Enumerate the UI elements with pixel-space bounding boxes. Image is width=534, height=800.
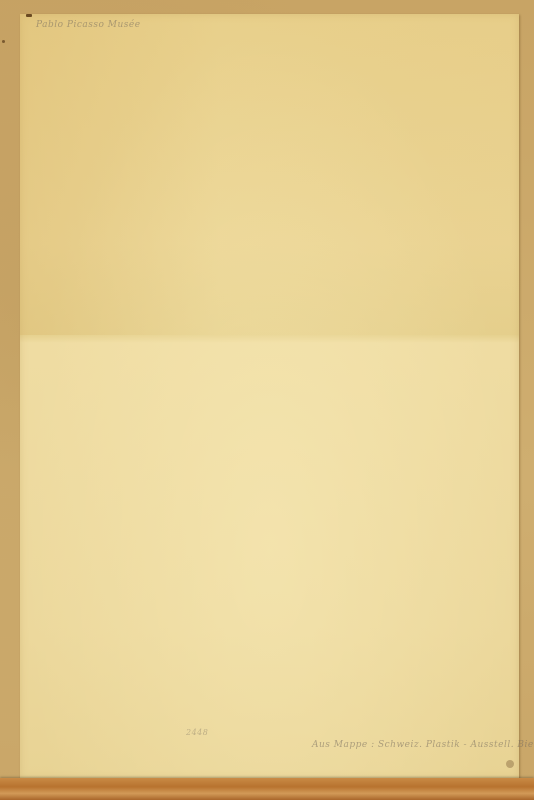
paper-sheet (20, 14, 519, 779)
pencil-number-stamp: 2448 (186, 728, 208, 737)
pencil-inscription-top: Pablo Picasso Musée (36, 20, 141, 30)
paper-stain (506, 760, 514, 768)
pencil-inscription-bottom: Aus Mappe : Schweiz. Plastik - Ausstell.… (312, 740, 534, 750)
nail-hole (2, 40, 5, 43)
frame-bottom-rail (0, 778, 534, 800)
corner-mark (26, 14, 32, 17)
